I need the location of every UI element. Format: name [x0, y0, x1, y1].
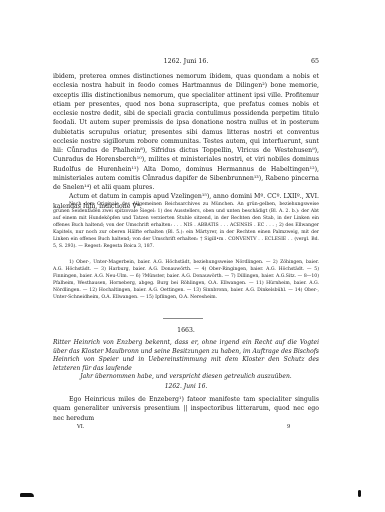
charter-text: ibidem, preterea omnes distinctiones nem… [53, 72, 319, 211]
scan-artifact-left [20, 493, 34, 497]
footnotes: 1) Ober-, Unter-Magerbein, baier. A.G. H… [53, 259, 319, 301]
signature-mark-right: 9 [287, 424, 290, 430]
scan-artifact-right [358, 490, 361, 497]
document-text-paragraph: Ego Heinricus miles de Enzeberg¹) fateor… [53, 395, 319, 423]
document-number: 1663. [53, 327, 319, 334]
source-note: Nach dem Originale des Allgemeinen Reich… [53, 201, 319, 250]
page-number: 65 [311, 58, 319, 65]
document-date: 1262. Juni 16. [53, 383, 319, 390]
document-summary: Ritter Heinrich von Enzberg bekennt, das… [53, 339, 319, 382]
summary-line: Ritter Heinrich von Enzberg bekennt, das… [53, 339, 319, 373]
running-title: 1262. Juni 16. [53, 58, 319, 65]
running-header: 1262. Juni 16. 65 [53, 58, 319, 68]
book-page: 1262. Juni 16. 65 ibidem, preterea omnes… [0, 0, 385, 512]
document-text: Ego Heinricus miles de Enzeberg¹) fateor… [53, 395, 319, 423]
signature-mark-left: VI. [77, 424, 84, 430]
source-note-paragraph: Nach dem Originale des Allgemeinen Reich… [53, 201, 319, 250]
charter-paragraph: ibidem, preterea omnes distinctiones nem… [53, 72, 319, 192]
summary-last-line: Jahr übernommen habe, und verspricht die… [53, 373, 319, 382]
section-divider [163, 318, 203, 319]
footnotes-paragraph: 1) Ober-, Unter-Magerbein, baier. A.G. H… [53, 259, 319, 301]
